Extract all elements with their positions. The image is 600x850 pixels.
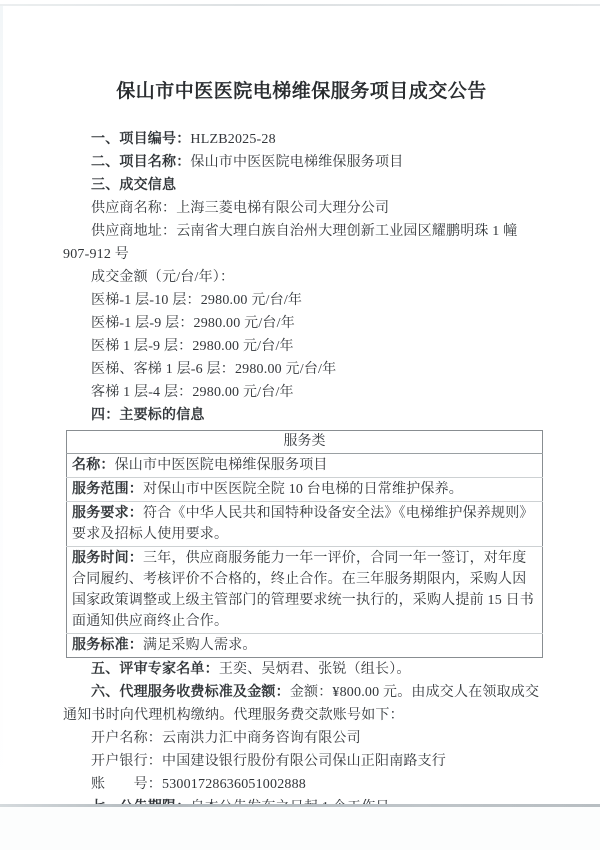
price-line: 医梯 1 层-9 层：2980.00 元/台/年 bbox=[63, 335, 540, 358]
row-label: 服务时间： bbox=[72, 551, 143, 566]
expert-list-label: 五、评审专家名单： bbox=[91, 662, 219, 677]
project-number-line: 一、项目编号：HLZB2025-28 bbox=[63, 128, 540, 151]
main-subject-heading: 四：主要标的信息 bbox=[63, 404, 540, 427]
supplier-name-label: 供应商名称： bbox=[91, 201, 176, 216]
table-cell-requirements: 服务要求：符合《中华人民共和国特种设备安全法》《电梯维护保养规则》要求及招标人使… bbox=[67, 502, 543, 547]
row-text: 对保山市中医医院全院 10 台电梯的日常维护保养。 bbox=[143, 482, 463, 497]
bank-branch-line: 开户银行：中国建设银行股份有限公司保山正阳南路支行 bbox=[63, 750, 540, 773]
bank-branch-value: 中国建设银行股份有限公司保山正阳南路支行 bbox=[162, 754, 446, 769]
table-header-row: 服务类 bbox=[67, 431, 543, 454]
table-row: 服务范围：对保山市中医医院全院 10 台电梯的日常维护保养。 bbox=[67, 478, 543, 502]
bank-account-name-label: 开户名称： bbox=[91, 731, 162, 746]
agency-fee-line: 六、代理服务收费标准及金额：金额：¥800.00 元。由成交人在领取成交通知书时… bbox=[63, 681, 540, 727]
row-text: 满足采购人需求。 bbox=[143, 638, 257, 653]
table-cell-duration: 服务时间：三年，供应商服务能力一年一评价，合同一年一签订，对年度合同履约、考核评… bbox=[67, 547, 543, 634]
row-text: 保山市中医医院电梯维保服务项目 bbox=[115, 458, 328, 473]
agency-fee-label: 六、代理服务收费标准及金额： bbox=[91, 685, 290, 700]
page-title: 保山市中医医院电梯维保服务项目成交公告 bbox=[63, 76, 540, 103]
table-header-cell: 服务类 bbox=[67, 431, 543, 454]
table-row: 服务要求：符合《中华人民共和国特种设备安全法》《电梯维护保养规则》要求及招标人使… bbox=[67, 502, 543, 547]
supplier-name-line: 供应商名称：上海三菱电梯有限公司大理分公司 bbox=[63, 197, 540, 220]
row-label: 服务标准： bbox=[72, 638, 143, 653]
project-name-value: 保山市中医医院电梯维保服务项目 bbox=[190, 155, 403, 170]
table-row: 服务时间：三年，供应商服务能力一年一评价，合同一年一签订，对年度合同履约、考核评… bbox=[67, 547, 543, 634]
expert-list-value: 王奕、吴炳君、张锐（组长）。 bbox=[219, 662, 411, 677]
table-cell-scope: 服务范围：对保山市中医医院全院 10 台电梯的日常维护保养。 bbox=[67, 478, 543, 502]
project-number-label: 一、项目编号： bbox=[91, 132, 190, 147]
price-line: 医梯、客梯 1 层-6 层：2980.00 元/台/年 bbox=[63, 358, 540, 381]
supplier-name-value: 上海三菱电梯有限公司大理分公司 bbox=[176, 201, 389, 216]
scanned-document-page: 保山市中医医院电梯维保服务项目成交公告 一、项目编号：HLZB2025-28 二… bbox=[0, 0, 600, 819]
row-label: 名称： bbox=[72, 458, 115, 473]
project-name-label: 二、项目名称： bbox=[91, 155, 190, 170]
table-row: 服务标准：满足采购人需求。 bbox=[67, 634, 543, 658]
table-cell-name: 名称：保山市中医医院电梯维保服务项目 bbox=[67, 454, 543, 478]
deal-amount-label-line: 成交金额（元/台/年）： bbox=[63, 266, 540, 289]
price-line: 客梯 1 层-4 层：2980.00 元/台/年 bbox=[63, 381, 540, 404]
price-line: 医梯-1 层-9 层：2980.00 元/台/年 bbox=[63, 312, 540, 335]
bank-account-name-value: 云南洪力汇中商务咨询有限公司 bbox=[162, 731, 361, 746]
table-cell-standard: 服务标准：满足采购人需求。 bbox=[67, 634, 543, 658]
bank-account-number-line: 账 号：53001728636051002888 bbox=[63, 773, 540, 796]
bank-branch-label: 开户银行： bbox=[91, 754, 162, 769]
project-number-value: HLZB2025-28 bbox=[190, 132, 275, 147]
price-line: 医梯-1 层-10 层：2980.00 元/台/年 bbox=[63, 289, 540, 312]
bank-account-name-line: 开户名称：云南洪力汇中商务咨询有限公司 bbox=[63, 727, 540, 750]
service-info-table: 服务类 名称：保山市中医医院电梯维保服务项目 服务范围：对保山市中医医院全院 1… bbox=[66, 430, 543, 658]
row-label: 服务要求： bbox=[72, 506, 143, 521]
project-name-line: 二、项目名称：保山市中医医院电梯维保服务项目 bbox=[63, 151, 540, 174]
bank-account-number-label: 账 号： bbox=[91, 777, 162, 792]
bank-account-number-value: 53001728636051002888 bbox=[162, 777, 306, 792]
supplier-address-line: 供应商地址：云南省大理白族自治州大理创新工业园区耀鹏明珠 1 幢907-912 … bbox=[63, 220, 540, 266]
row-label: 服务范围： bbox=[72, 482, 143, 497]
expert-list-line: 五、评审专家名单：王奕、吴炳君、张锐（组长）。 bbox=[63, 658, 540, 681]
supplier-address-label: 供应商地址： bbox=[91, 224, 176, 239]
scan-artifact-footer-area bbox=[0, 807, 600, 850]
table-row: 名称：保山市中医医院电梯维保服务项目 bbox=[67, 454, 543, 478]
deal-info-heading: 三、成交信息 bbox=[63, 174, 540, 197]
